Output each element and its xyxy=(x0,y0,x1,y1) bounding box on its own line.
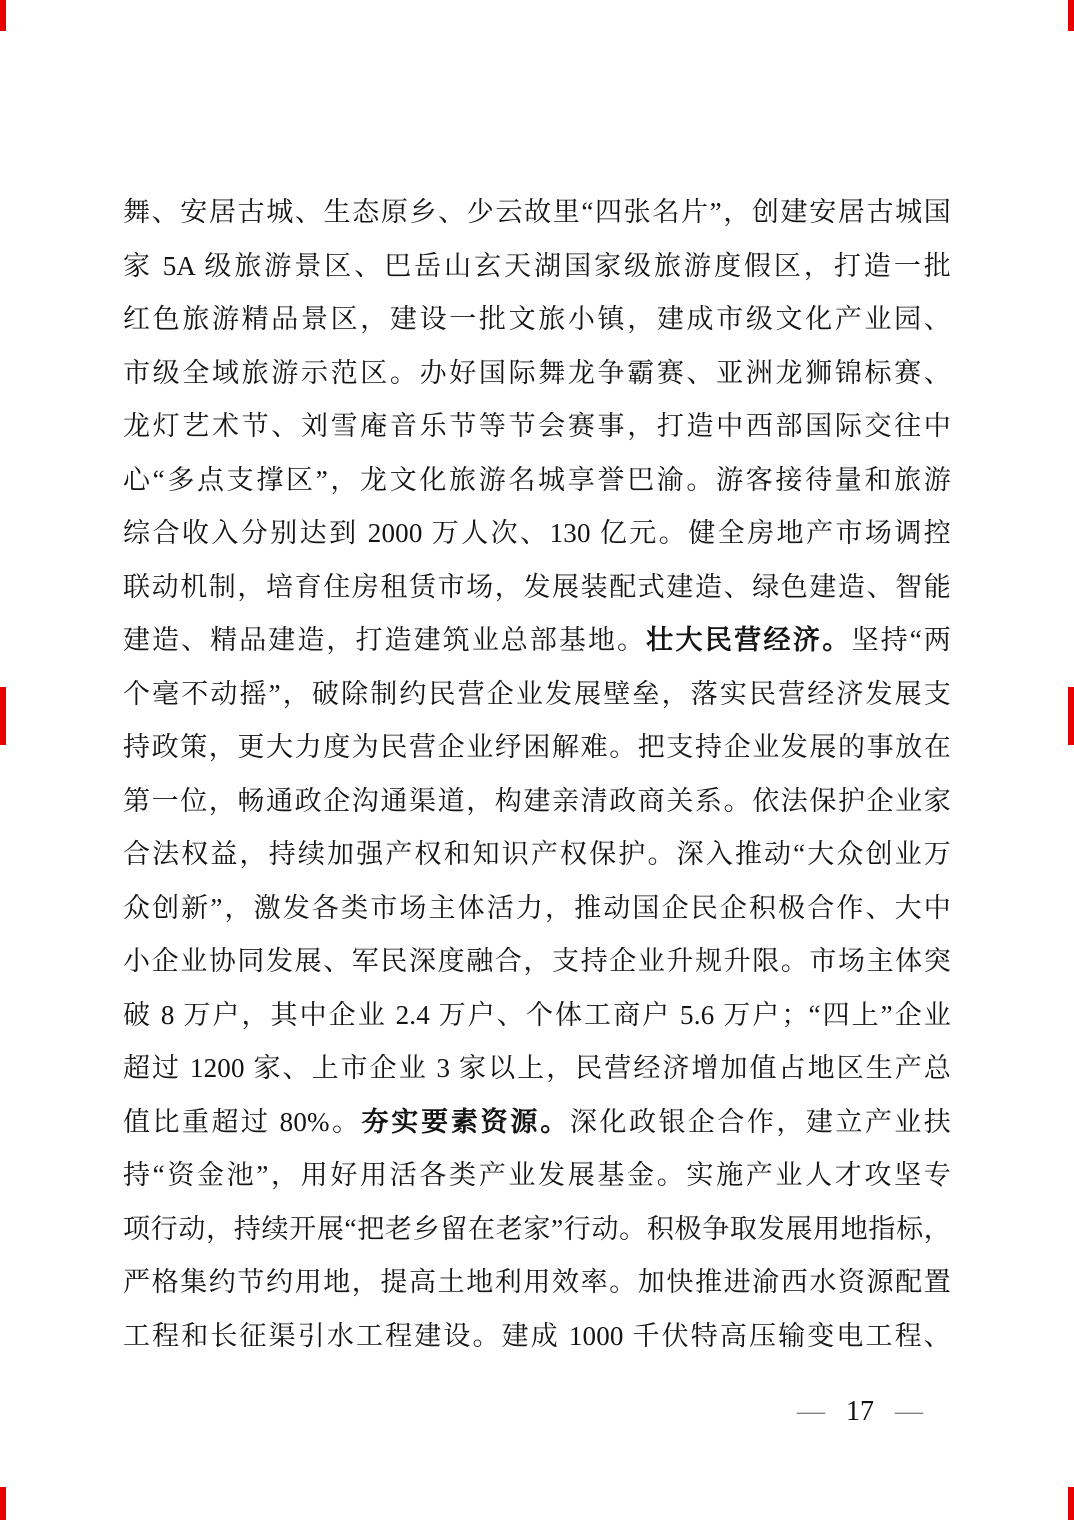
page-number-value: 17 xyxy=(846,1396,874,1427)
body-text-segment: 龙灯艺术节、刘雪庵音乐节等节会赛事，打造中西部国际交往中 xyxy=(123,411,951,441)
body-text-segment: 综合收入分别达到 2000 万人次、130 亿元。健全房地产市场调控 xyxy=(123,518,951,548)
text-line: 家 5A 级旅游景区、巴岳山玄天湖国家级旅游度假区，打造一批 xyxy=(123,240,951,294)
body-text-segment: 众创新”，激发各类市场主体活力，推动国企民企积极合作、大中 xyxy=(123,893,951,923)
body-text-segment: 持“资金池”，用好用活各类产业发展基金。实施产业人才攻坚专 xyxy=(123,1160,951,1190)
body-text-segment: 严格集约节约用地，提高土地利用效率。加快推进渝西水资源配置 xyxy=(123,1267,951,1297)
body-text-segment: 小企业协同发展、军民深度融合，支持企业升规升限。市场主体突 xyxy=(123,946,951,976)
emphasized-text: 夯实要素资源。 xyxy=(362,1107,570,1137)
edge-mark-left-top xyxy=(0,0,6,31)
text-line: 合法权益，持续加强产权和知识产权保护。深入推动“大众创业万 xyxy=(123,828,951,882)
page-number-dash-left: — xyxy=(797,1396,825,1427)
text-line: 小企业协同发展、军民深度融合，支持企业升规升限。市场主体突 xyxy=(123,935,951,989)
body-text-segment: 心“多点支撑区”，龙文化旅游名城享誉巴渝。游客接待量和旅游 xyxy=(123,465,951,495)
body-text-segment: 个毫不动摇”，破除制约民营企业发展壁垒，落实民营经济发展支 xyxy=(123,679,951,709)
body-text-segment: 工程和长征渠引水工程建设。建成 1000 千伏特高压输变电工程、 xyxy=(123,1321,951,1351)
text-line: 心“多点支撑区”，龙文化旅游名城享誉巴渝。游客接待量和旅游 xyxy=(123,454,951,508)
edge-mark-right-middle xyxy=(1068,687,1074,745)
body-text: 舞、安居古城、生态原乡、少云故里“四张名片”，创建安居古城国家 5A 级旅游景区… xyxy=(123,186,951,1363)
body-text-segment: 红色旅游精品景区，建设一批文旅小镇，建成市级文化产业园、 xyxy=(123,304,951,334)
text-line: 值比重超过 80%。夯实要素资源。深化政银企合作，建立产业扶 xyxy=(123,1096,951,1150)
body-text-segment: 项行动，持续开展“把老乡留在老家”行动。积极争取发展用地指标， xyxy=(123,1214,951,1244)
text-line: 持政策，更大力度为民营企业纾困解难。把支持企业发展的事放在 xyxy=(123,721,951,775)
body-text-segment: 值比重超过 80%。 xyxy=(123,1107,362,1137)
edge-mark-left-bottom xyxy=(0,1487,6,1520)
body-text-segment: 持政策，更大力度为民营企业纾困解难。把支持企业发展的事放在 xyxy=(123,732,951,762)
text-line: 工程和长征渠引水工程建设。建成 1000 千伏特高压输变电工程、 xyxy=(123,1310,951,1364)
body-text-segment: 家 5A 级旅游景区、巴岳山玄天湖国家级旅游度假区，打造一批 xyxy=(123,251,951,281)
page-number: — 17 — xyxy=(760,1392,960,1432)
body-text-segment: 破 8 万户，其中企业 2.4 万户、个体工商户 5.6 万户；“四上”企业 xyxy=(123,1000,951,1030)
text-line: 严格集约节约用地，提高土地利用效率。加快推进渝西水资源配置 xyxy=(123,1256,951,1310)
body-text-segment: 超过 1200 家、上市企业 3 家以上，民营经济增加值占地区生产总 xyxy=(123,1053,951,1083)
emphasized-text: 壮大民营经济。 xyxy=(646,625,852,655)
body-text-segment: 深化政银企合作，建立产业扶 xyxy=(570,1107,951,1137)
body-text-segment: 建造、精品建造，打造建筑业总部基地。 xyxy=(123,625,646,655)
body-text-segment: 合法权益，持续加强产权和知识产权保护。深入推动“大众创业万 xyxy=(123,839,951,869)
text-line: 持“资金池”，用好用活各类产业发展基金。实施产业人才攻坚专 xyxy=(123,1149,951,1203)
text-line: 红色旅游精品景区，建设一批文旅小镇，建成市级文化产业园、 xyxy=(123,293,951,347)
text-line: 舞、安居古城、生态原乡、少云故里“四张名片”，创建安居古城国 xyxy=(123,186,951,240)
document-page: 舞、安居古城、生态原乡、少云故里“四张名片”，创建安居古城国家 5A 级旅游景区… xyxy=(0,0,1074,1520)
body-text-segment: 舞、安居古城、生态原乡、少云故里“四张名片”，创建安居古城国 xyxy=(123,197,951,227)
text-line: 综合收入分别达到 2000 万人次、130 亿元。健全房地产市场调控 xyxy=(123,507,951,561)
text-line: 个毫不动摇”，破除制约民营企业发展壁垒，落实民营经济发展支 xyxy=(123,668,951,722)
text-line: 联动机制，培育住房租赁市场，发展装配式建造、绿色建造、智能 xyxy=(123,561,951,615)
text-line: 超过 1200 家、上市企业 3 家以上，民营经济增加值占地区生产总 xyxy=(123,1042,951,1096)
edge-mark-left-middle xyxy=(0,687,6,745)
text-line: 众创新”，激发各类市场主体活力，推动国企民企积极合作、大中 xyxy=(123,882,951,936)
text-line: 建造、精品建造，打造建筑业总部基地。壮大民营经济。坚持“两 xyxy=(123,614,951,668)
edge-mark-right-top xyxy=(1068,0,1074,31)
body-text-segment: 第一位，畅通政企沟通渠道，构建亲清政商关系。依法保护企业家 xyxy=(123,786,951,816)
text-line: 龙灯艺术节、刘雪庵音乐节等节会赛事，打造中西部国际交往中 xyxy=(123,400,951,454)
text-line: 项行动，持续开展“把老乡留在老家”行动。积极争取发展用地指标， xyxy=(123,1203,951,1257)
text-line: 破 8 万户，其中企业 2.4 万户、个体工商户 5.6 万户；“四上”企业 xyxy=(123,989,951,1043)
page-number-dash-right: — xyxy=(895,1396,923,1427)
body-text-segment: 坚持“两 xyxy=(852,625,951,655)
edge-mark-right-bottom xyxy=(1068,1487,1074,1520)
text-line: 市级全域旅游示范区。办好国际舞龙争霸赛、亚洲龙狮锦标赛、 xyxy=(123,347,951,401)
body-text-segment: 市级全域旅游示范区。办好国际舞龙争霸赛、亚洲龙狮锦标赛、 xyxy=(123,358,951,388)
text-line: 第一位，畅通政企沟通渠道，构建亲清政商关系。依法保护企业家 xyxy=(123,775,951,829)
body-text-segment: 联动机制，培育住房租赁市场，发展装配式建造、绿色建造、智能 xyxy=(123,572,951,602)
